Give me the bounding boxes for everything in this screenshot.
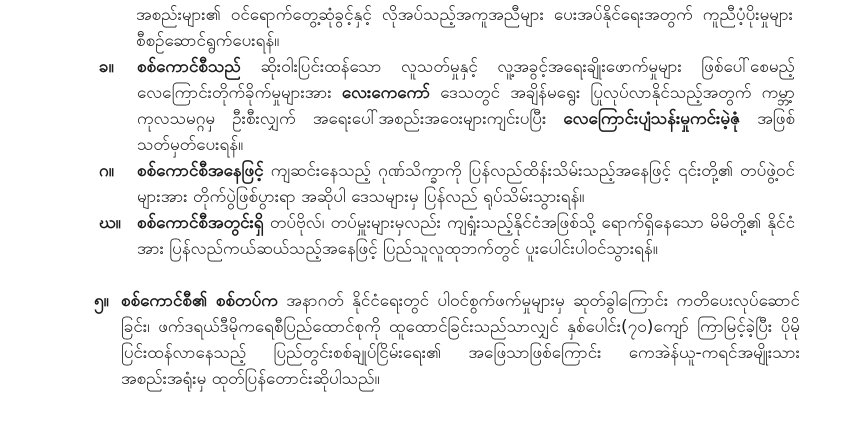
numbered-paragraph-5: ၅။ စစ်ကောင်စီ၏ စစ်တပ်က အနာဂတ် နိုင်ငံရေး… (94, 288, 800, 392)
list-item-ga: ဂ။ စစ်ကောင်စီအနေဖြင့် ကျဆင်းနေသည့် ဂုဏ်သ… (99, 158, 795, 210)
list-item-text: စစ်ကောင်စီအတွင်းရှိ တပ်ဗိုလ်၊ တပ်မှူးမျာ… (137, 210, 795, 262)
paragraph-number-label: ၅။ (94, 288, 121, 314)
list-item-text: စစ်ကောင်စီအနေဖြင့် ကျဆင်းနေသည့် ဂုဏ်သိက္… (137, 158, 795, 210)
lettered-sub-item-list: ခ။ စစ်ကောင်စီသည် ဆိုးဝါးပြင်းထန်သော လူသတ… (99, 54, 795, 262)
list-item-label: ဃ။ (99, 210, 137, 236)
text-segment-bold: လေကြောင်းပျံသန်းမှုကင်းမဲ့ဇုံ (563, 109, 740, 129)
list-item-label: ခ။ (99, 54, 137, 80)
list-item-label: ဂ။ (99, 158, 137, 184)
list-item-gha: ဃ။ စစ်ကောင်စီအတွင်းရှိ တပ်ဗိုလ်၊ တပ်မှူး… (99, 210, 795, 262)
text-segment-bold: စစ်ကောင်စီအနေဖြင့် (137, 161, 264, 181)
text-segment-bold: စစ်ကောင်စီ၏ စစ်တပ်က (121, 291, 278, 311)
list-item-kha: ခ။ စစ်ကောင်စီသည် ဆိုးဝါးပြင်းထန်သော လူသတ… (99, 54, 795, 158)
paragraph-text: စစ်ကောင်စီ၏ စစ်တပ်က အနာဂတ် နိုင်ငံရေးတွင… (121, 288, 800, 392)
document-body: အစည်းများ၏ ဝင်ရောက်တွေ့ဆုံခွင့်နှင့် လို… (0, 2, 843, 392)
document-page: အစည်းများ၏ ဝင်ရောက်တွေ့ဆုံခွင့်နှင့် လို… (0, 0, 843, 424)
list-item-text: စစ်ကောင်စီသည် ဆိုးဝါးပြင်းထန်သော လူသတ်မှ… (137, 54, 795, 158)
text-segment-bold: လေးကေကော် (342, 83, 430, 103)
text-segment-bold: စစ်ကောင်စီသည် (137, 57, 241, 77)
text-segment-bold: စစ်ကောင်စီအတွင်းရှိ (137, 213, 264, 233)
intro-continuation-paragraph: အစည်းများ၏ ဝင်ရောက်တွေ့ဆုံခွင့်နှင့် လို… (136, 2, 793, 54)
